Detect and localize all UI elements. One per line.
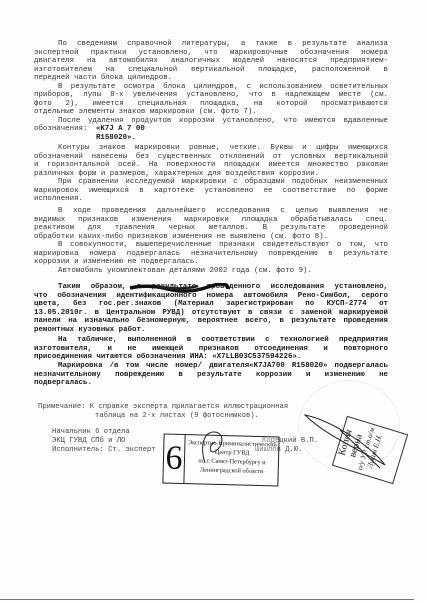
text-line: коррозии и изменению не подвергалась.	[34, 258, 388, 266]
text-line: В совокупности, вышеперечисленные призна…	[58, 241, 388, 249]
conclusion-line: что обозначения идентификационного номер…	[34, 292, 388, 300]
conclusion-line: панели на изначально безномерную, вероят…	[34, 317, 388, 325]
note-line: таблица на 2-х листах (9 фотоснимков).	[95, 412, 259, 421]
signature-title: Начальник 6 отдела	[52, 428, 130, 437]
signature-scribble-icon	[195, 428, 235, 468]
text-line: После удаления продуктов коррозии устано…	[58, 117, 388, 125]
text-line: По сведениям справочной литературы, а та…	[58, 40, 388, 48]
note-line: Примечание: К справке эксперта прилагает…	[38, 403, 288, 412]
conclusion-line: ремонтных кузовных работ.	[34, 326, 388, 334]
text-line: фото 2), имеется специальная площадка, н…	[34, 100, 388, 108]
text-line: исполнения.	[34, 195, 388, 203]
text-line: различных форм и размеров, характерных д…	[34, 170, 388, 178]
signature-executor: Исполнитель: Ст. эксперт	[52, 446, 156, 455]
text-line: обозначения:	[34, 125, 87, 133]
conclusion-line: На табличке, выполненной в соответствии …	[58, 336, 388, 344]
text-line: маркировка номера подвергалась незначите…	[34, 250, 388, 258]
text-line: изготовителем на специальной вертикально…	[34, 66, 388, 74]
text-line: В ходе проведения дальнейшего исследован…	[58, 207, 388, 215]
text-line: видимых признаков изменения маркировки п…	[34, 216, 388, 224]
text-line: обозначений нанесены без существенных от…	[34, 153, 388, 161]
text-line: экспертной практики установлено, что мар…	[34, 49, 388, 57]
signature-dept: ЭКЦ ГУВД СПб и ЛО	[52, 437, 125, 446]
conclusion-line: цвета, без гос.рег.знаков (Материал заре…	[34, 300, 388, 308]
text-line: отдельные элементы знаков маркировки (см…	[34, 108, 388, 116]
text-line: двигателя на автомобилях аналогичных мод…	[34, 57, 388, 65]
engine-code-part1: «K7J A 7 00	[96, 125, 145, 133]
text-line: маркировок имеющихся в картотеке установ…	[34, 187, 388, 195]
vin-line: присоединения читаются обозначения ИНА: …	[34, 353, 388, 361]
text-line: и горизонтальной осей. На поверхности пл…	[34, 161, 388, 169]
text-line: В результате осмотра блока цилиндров, с …	[58, 83, 388, 91]
text-line: Контуры знаков маркировки ровные, четкие…	[58, 144, 388, 152]
conclusion-line: Маркировка /в том числе номер/ двигателя…	[58, 362, 388, 370]
text-line: обработки каких-либо признаков изменения…	[34, 233, 388, 241]
signature-loop-icon	[300, 410, 390, 470]
conclusion-line: изготовителя, и не имеющей признаков отс…	[34, 345, 388, 353]
text-line: передней части блока цилиндров.	[34, 74, 388, 82]
document-page: По сведениям справочной литературы, а та…	[0, 0, 428, 604]
conclusion-line: 13.05.2010г. в Центральном РУВД) отсутст…	[34, 309, 388, 317]
stamp-number: 6	[163, 435, 185, 484]
engine-code-part2: R158020».	[96, 134, 136, 142]
text-line: реактивом для травления черных металлов.…	[34, 224, 388, 232]
conclusion-line: незначительному повреждению в результате…	[34, 371, 388, 379]
text-line: Автомобиль укомплектован деталями 2002 г…	[58, 267, 388, 275]
text-line: приборов, лупы 8-х увеличения установлен…	[34, 91, 388, 99]
page-bottom-edge	[0, 599, 414, 600]
text-line: При сравнении исследуемой маркировки с о…	[58, 178, 388, 186]
